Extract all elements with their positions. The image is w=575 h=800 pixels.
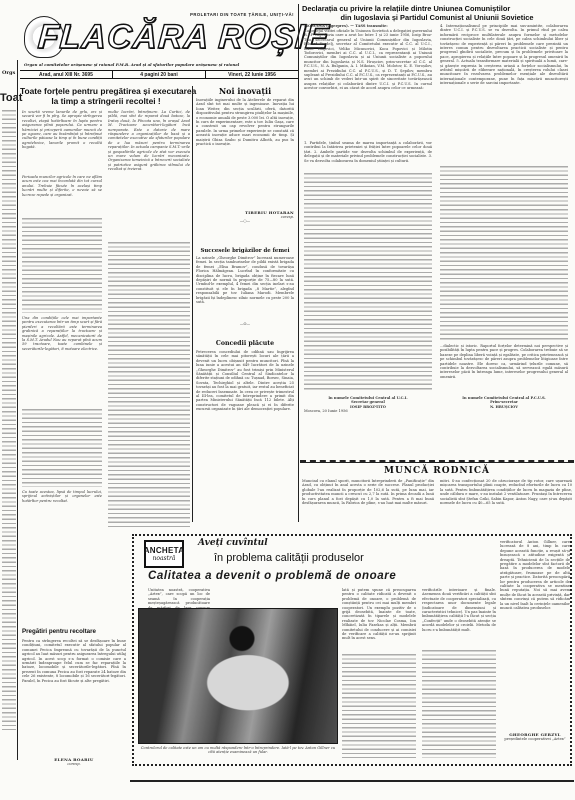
harvest-paragraph-2: Perioada muncilor agricole în care ne af… [22, 175, 102, 215]
quality-controller-photo [138, 608, 338, 744]
harvest-lead: In scurtă vreme lanurile de grîu, orz și… [22, 110, 102, 172]
issue-date: Vineri, 22 Iunie 1956 [206, 71, 298, 78]
innovations-text: Inovațiile inginerului de la Atelierele … [196, 98, 294, 210]
harvest-headline-line2: la timp a strîngerii recoltei ! [20, 96, 192, 106]
declaration-col4-text: ...dialectic și istoric. Raportul forțel… [440, 344, 568, 392]
issue-bar: Arad, anul XIII Nr. 3695 4 pagini 20 ban… [20, 70, 298, 79]
survey-headline: în problema calității produselor [214, 552, 364, 564]
declaration-col1-body [304, 173, 432, 391]
harvest-body-text [22, 218, 102, 313]
survey-kicker: Aveți cuvîntul [198, 538, 268, 548]
declaration-headline-line2: din Iugoslavia și Partidul Comunist al U… [302, 13, 572, 22]
article-vacations: Concedii plăcute Petrecerea concediului … [196, 340, 294, 520]
survey-box: ANCHETA noastră Aveți cuvîntul în proble… [132, 534, 572, 766]
declaration-col1-text: Cu prilejul vizitei oficiale în Uniunea … [304, 29, 432, 139]
survey-subheadline: Calitatea a devenit o problemă de onoare [148, 570, 396, 582]
declaration-col3-text: 4. Internaționalismul pe principiile mai… [440, 24, 568, 164]
harvest-headline-line1: Toate forțele pentru pregătirea și execu… [20, 86, 192, 96]
vacations-text: Petrecerea concediului de odihnă sau îng… [196, 350, 294, 512]
productive-work-col1: Muncind cu elanul sporit, muncitorii înt… [302, 479, 434, 521]
margin-rule [17, 60, 18, 760]
survey-col3: verificările interioare și finale. Aseme… [422, 588, 496, 760]
survey-col3-body [422, 650, 496, 758]
survey-photo-figure: Controlorul de calitate este un om cu mu… [138, 608, 338, 760]
article-declaration: Declarația cu privire la relațiile dintr… [302, 4, 572, 449]
section-divider [300, 460, 574, 463]
issue-number: Arad, anul XIII Nr. 3695 [20, 71, 113, 78]
survey-col4: verificatorul Anton Gillner, care lucrea… [500, 540, 570, 762]
harvest-column-1: In scurtă vreme lanurile de grîu, orz și… [22, 110, 102, 530]
survey-logo: ANCHETA noastră [144, 540, 184, 568]
declaration-column-1: MOSCOVA (Agerpres). — TASS transmite: Cu… [304, 24, 432, 394]
productive-work-headline: MUNCĂ RODNICĂ [300, 466, 574, 477]
left-margin-remnant: Orgs Toat [0, 0, 18, 800]
article-productive-work: MUNCĂ RODNICĂ Muncind cu elanul sporit, … [300, 466, 574, 522]
harvest-column-2-body [108, 242, 190, 527]
survey-author-role: președintele cooperativei „Artex” [500, 737, 570, 741]
womens-brigades-text: La uzinele „Gheorghe Dimitrov” lucrează … [196, 256, 294, 322]
masthead-slogan: PROLETARI DIN TOATE ȚĂRILE, UNIȚI-VĂ! [190, 12, 294, 17]
survey-col2-text: lată și putem spune că preocuparea pentr… [342, 588, 416, 652]
article-preparations: Pregătiri pentru recoltare Pentru ca str… [22, 628, 126, 778]
harvest-paragraph-4: Ca toate acestea, lipsă de timpul lucrul… [22, 490, 102, 512]
innovations-separator: —○— [196, 219, 294, 223]
innovations-headline: Noi inovații [196, 86, 294, 96]
declaration-col3-body [440, 166, 568, 342]
preparations-author-role: coresp. [22, 762, 126, 766]
survey-col2-body [342, 654, 416, 758]
productive-work-col2: mitri. S-au confecționat 20 de căruciora… [440, 479, 572, 521]
declaration-signature-right: In numele Comitetului Central al P.C.U.S… [440, 396, 568, 409]
pages-price: 4 pagini 20 bani [113, 71, 206, 78]
womens-brigades-separator: —O— [196, 322, 294, 326]
preparations-text: Pentru ca strîngerea recoltei să se desf… [22, 639, 126, 755]
harvest-column-2-text: multe lucrări, întreținere. La Curtici, … [108, 110, 190, 238]
womens-brigades-headline: Succesele brigăzilor de femei [196, 248, 294, 255]
article-harvest: Toate forțele pentru pregătirea și execu… [20, 86, 192, 536]
signature-right-name: N. HRUȘCIOV [440, 405, 568, 409]
article-innovations: Noi inovații Inovațiile inginerului de l… [196, 86, 294, 246]
vacations-headline: Concedii plăcute [196, 340, 294, 348]
harvest-paragraph-3: Una din condițiile cele mai importante p… [22, 316, 102, 406]
photo-caption: Controlorul de calitate este un om cu mu… [138, 746, 338, 758]
declaration-headline-line1: Declarația cu privire la relațiile dintr… [302, 4, 572, 13]
masthead: PROLETARI DIN TOATE ȚĂRILE, UNIȚI-VĂ! FL… [20, 4, 298, 84]
declaration-signature-left: In numele Comitetului Central al U.C.I. … [304, 396, 432, 414]
article-womens-brigades: Succesele brigăzilor de femei La uzinele… [196, 248, 294, 330]
survey-logo-top: ANCHETA [144, 546, 185, 555]
margin-text [2, 110, 16, 730]
declaration-column-2: 4. Internaționalismul pe principiile mai… [440, 24, 568, 394]
declaration-col2-text: 1. Partidele, ținînd seama de marea impo… [304, 141, 432, 171]
survey-logo-bottom: noastră [153, 555, 176, 562]
newspaper-title: FLACĂRA ROȘIE [37, 18, 331, 57]
column-divider-2 [298, 4, 299, 522]
survey-col4-text: verificatorul Anton Gillner, care lucrea… [500, 540, 570, 732]
preparations-headline: Pregătiri pentru recoltare [22, 628, 126, 636]
harvest-body-text-2 [22, 409, 102, 487]
survey-col1: Unitatea noastră, cooperativa „Artex”, c… [148, 588, 210, 608]
survey-col3-text: verificările interioare și finale. Aseme… [422, 588, 496, 648]
column-divider-1 [192, 86, 193, 522]
page-bottom-edge [130, 780, 574, 782]
margin-fragment-orgs: Orgs [2, 70, 15, 76]
masthead-subtitle: Organ al comitetelor orășenesc și raiona… [24, 62, 302, 67]
harvest-column-2: multe lucrări, întreținere. La Curtici, … [108, 110, 190, 530]
signature-left-place-date: Moscova, 20 Iunie 1956 [304, 409, 432, 413]
survey-col2: lată și putem spune că preocuparea pentr… [342, 588, 416, 760]
